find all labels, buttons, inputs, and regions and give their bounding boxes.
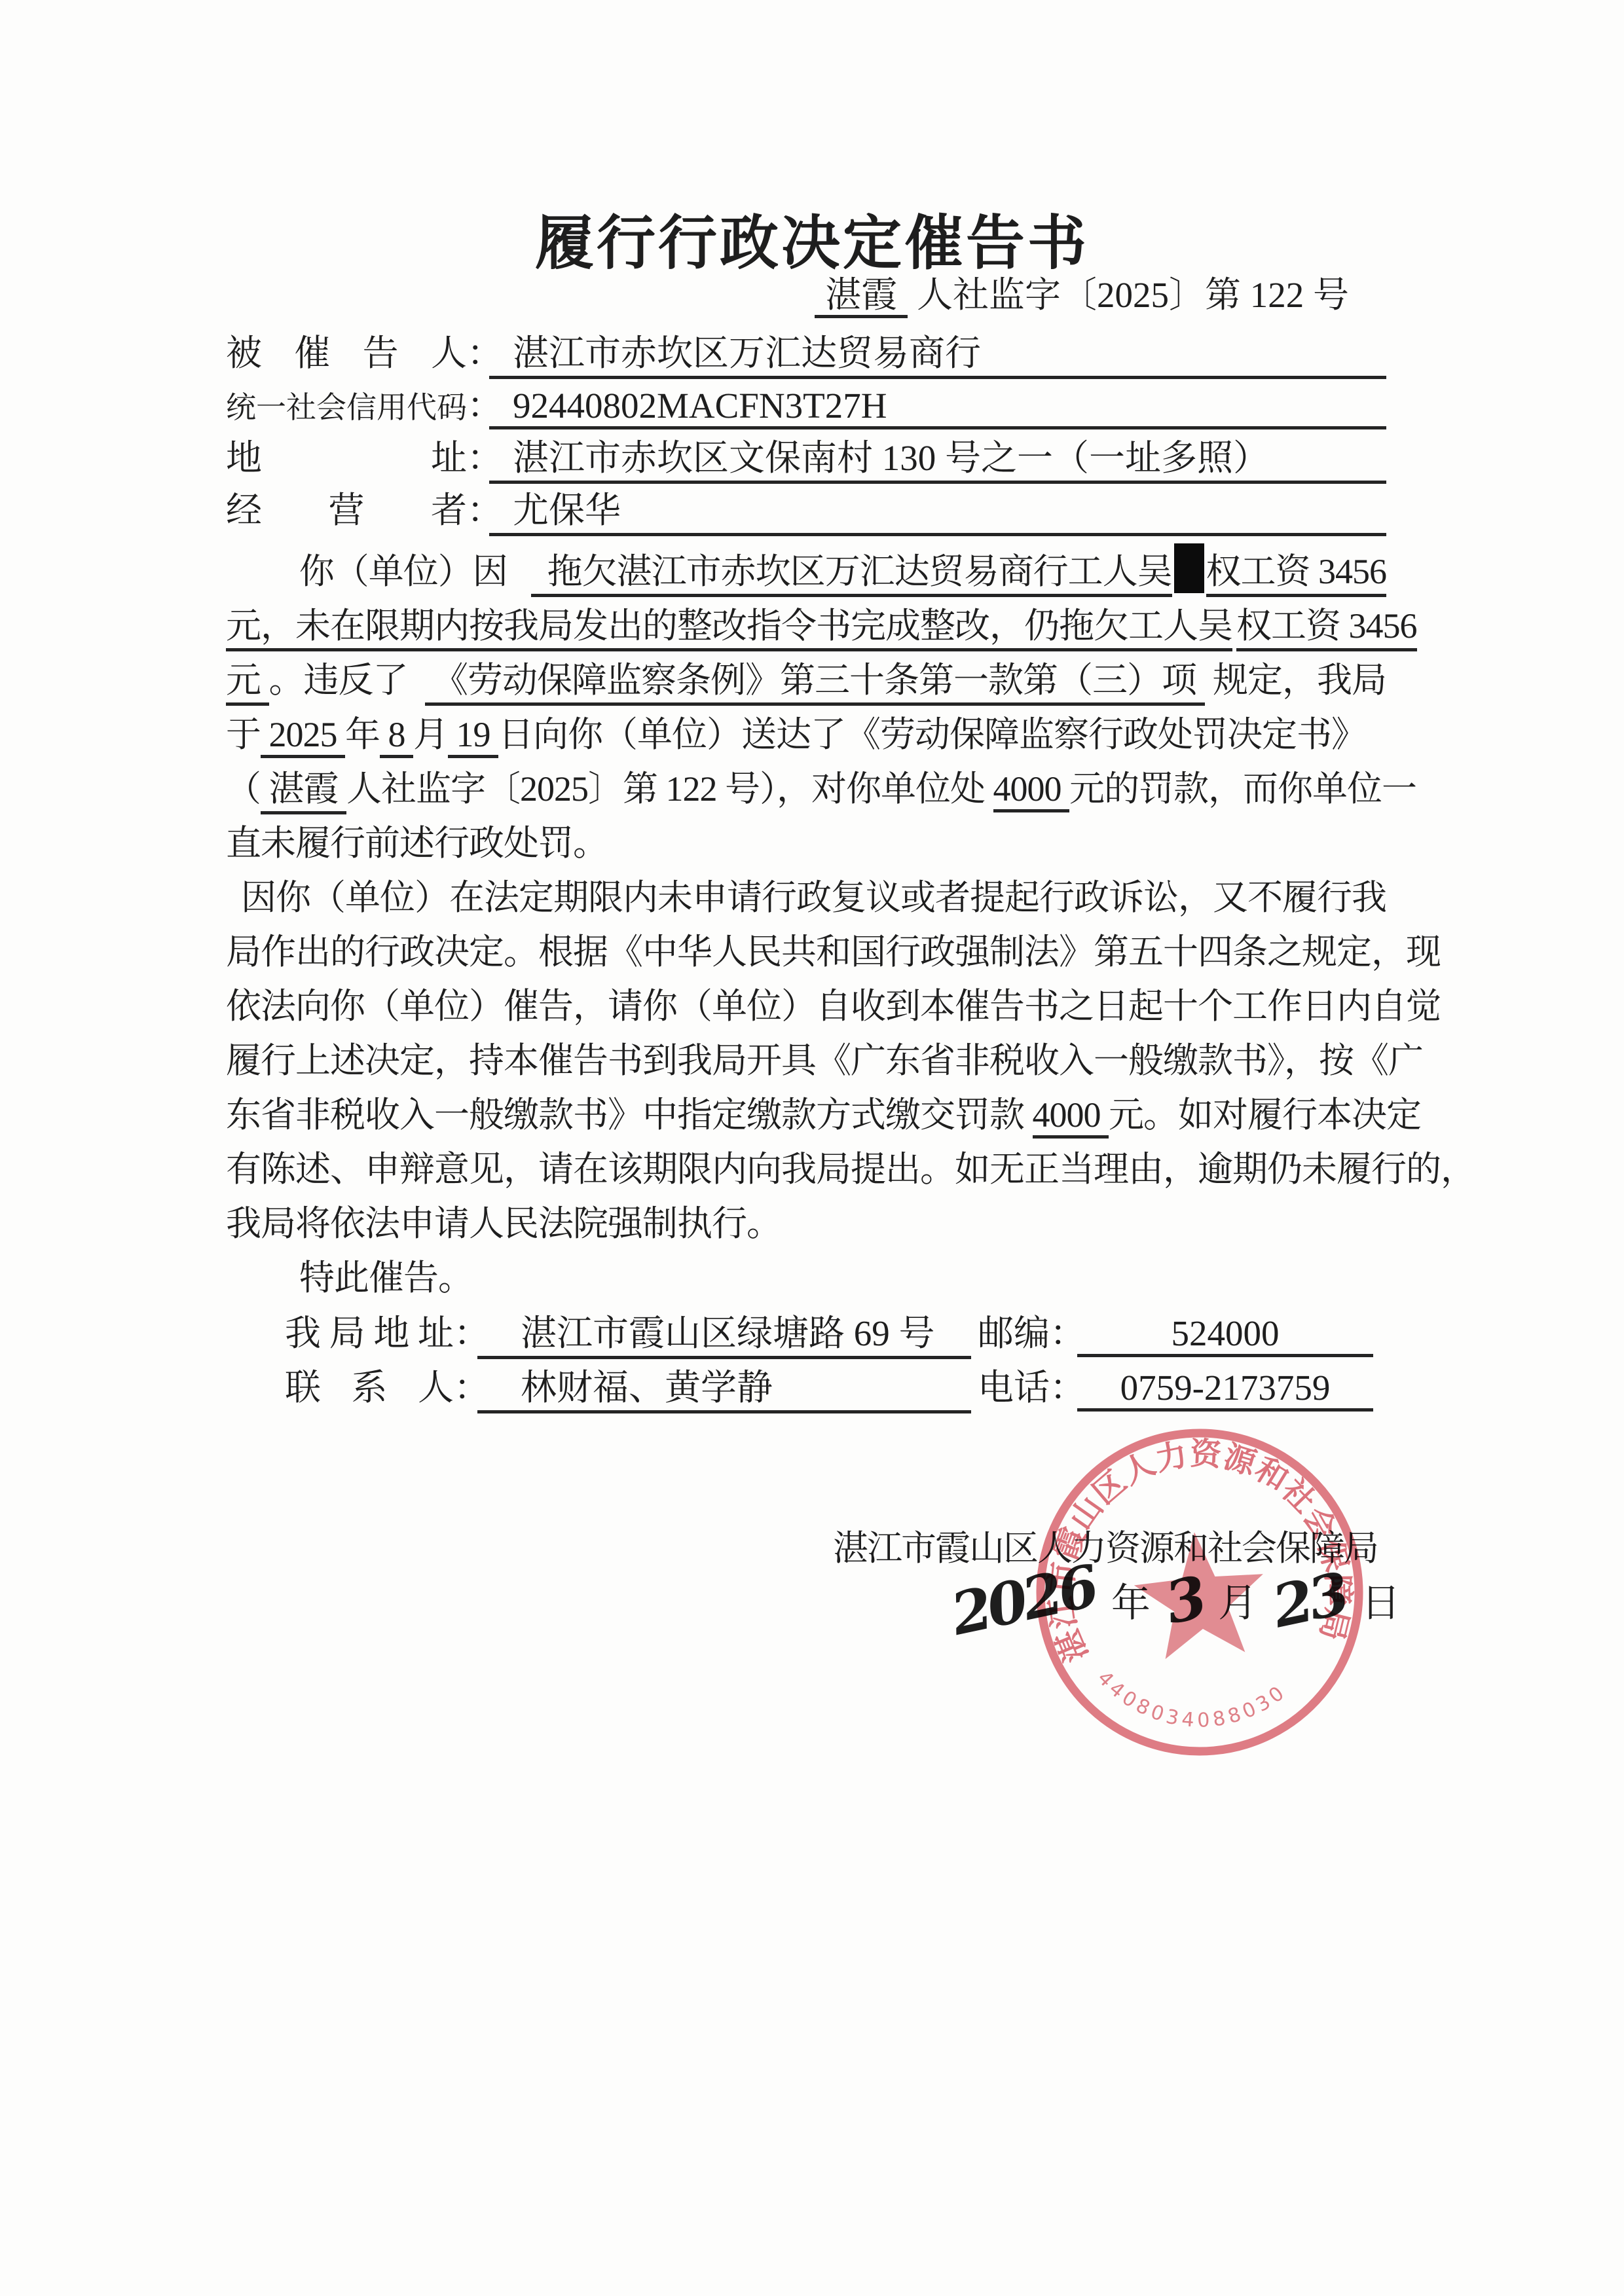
field-label: 地址 xyxy=(226,429,467,481)
text-segment: 湛霞 xyxy=(261,761,346,814)
text-segment: 2025 xyxy=(261,714,345,758)
contact-row: 联系人：林财福、黄学静电话：0759-2173759 xyxy=(226,1358,1386,1413)
text-segment: 规定，我局 xyxy=(1205,652,1387,702)
text-segment: （ xyxy=(226,761,261,811)
text-segment: 月 xyxy=(413,706,448,757)
page-title: 履行行政决定催告书 xyxy=(0,195,1624,280)
text-segment: 年 xyxy=(345,706,380,757)
body-line: 依法向你（单位）催告，请你（单位）自收到本催告书之日起十个工作日内自觉 xyxy=(226,978,1386,1032)
text-segment: 直未履行前述行政处罚。 xyxy=(226,815,608,866)
text-segment: 8 xyxy=(380,714,413,758)
field-value: 湛江市赤坎区文保南村 130 号之一（一址多照） xyxy=(489,429,1386,484)
field-colon: ： xyxy=(467,324,489,376)
body-line: 东省非税收入一般缴款书》中指定缴款方式缴交罚款 4000 元。如对履行本决定 xyxy=(226,1087,1386,1141)
text-segment: 因你（单位）在法定期限内未申请行政复议或者提起行政诉讼，又不履行我 xyxy=(241,869,1386,920)
contact-row: 我局地址：湛江市霞山区绿塘路 69 号邮编：524000 xyxy=(226,1304,1386,1358)
body-line: 特此催告。 xyxy=(226,1250,1386,1304)
field-label: 被催告人 xyxy=(226,324,467,376)
body-line: 我局将依法申请人民法院强制执行。 xyxy=(226,1195,1386,1250)
doc-number: 湛霞 人社监字〔2025〕第 122 号 xyxy=(815,266,1349,318)
text-segment: 人社监字〔2025〕第 122 号），对你单位处 xyxy=(346,761,993,811)
text-segment: 权工资 3456 xyxy=(1206,543,1387,597)
text-segment: 特此催告。 xyxy=(299,1250,473,1300)
body-line: 因你（单位）在法定期限内未申请行政复议或者提起行政诉讼，又不履行我 xyxy=(226,869,1386,924)
contact-value: 林财福、黄学静 xyxy=(477,1358,971,1413)
text-segment: 拖欠湛江市赤坎区万汇达贸易商行工人吴 xyxy=(531,543,1172,597)
text-segment: 权工资 3456 xyxy=(1236,598,1417,651)
field-label: 经营者 xyxy=(226,481,467,533)
text-segment: 元 xyxy=(226,652,269,706)
doc-number-prefix: 湛霞 xyxy=(815,275,908,318)
doc-number-rest: 人社监字〔2025〕第 122 号 xyxy=(908,275,1349,315)
body-line: 局作出的行政决定。根据《中华人民共和国行政强制法》第五十四条之规定，现 xyxy=(226,924,1386,978)
body-line: （ 湛霞 人社监字〔2025〕第 122 号），对你单位处 4000 元的罚款，… xyxy=(226,761,1386,815)
text-segment: 4000 xyxy=(1033,1095,1109,1139)
text-segment: 日向你（单位）送达了《劳动保障监察行政处罚决定书》 xyxy=(498,706,1366,757)
text-segment: 有陈述、申辩意见，请在该期限内向我局提出。如无正当理由，逾期仍未履行的， xyxy=(226,1141,1475,1192)
contact-label-2: 邮编： xyxy=(978,1304,1077,1356)
contact-value-2: 0759-2173759 xyxy=(1077,1367,1373,1412)
contact-label-2: 电话： xyxy=(978,1358,1077,1410)
header-fields: 被催告人：湛江市赤坎区万汇达贸易商行统一社会信用代码：92440802MACFN… xyxy=(226,324,1386,534)
document-body: 你（单位）因 拖欠湛江市赤坎区万汇达贸易商行工人吴权工资 3456元，未在限期内… xyxy=(226,543,1386,1304)
contact-colon: ： xyxy=(454,1304,477,1356)
text-segment: 元，未在限期内按我局发出的整改指令书完成整改，仍拖欠工人吴 xyxy=(226,598,1232,651)
contact-rows: 我局地址：湛江市霞山区绿塘路 69 号邮编：524000联系人：林财福、黄学静电… xyxy=(226,1304,1386,1413)
field-value: 尤保华 xyxy=(489,481,1386,536)
field-colon: ： xyxy=(467,376,489,428)
body-line: 元 。违反了 《劳动保障监察条例》第三十条第一款第（三）项 规定，我局 xyxy=(226,652,1386,706)
text-segment: 元。如对履行本决定 xyxy=(1109,1087,1421,1137)
text-segment: 依法向你（单位）催告，请你（单位）自收到本催告书之日起十个工作日内自觉 xyxy=(226,978,1441,1029)
field-row: 统一社会信用代码：92440802MACFN3T27H xyxy=(226,376,1386,429)
field-value: 92440802MACFN3T27H xyxy=(489,385,1386,429)
text-segment: 于 xyxy=(226,706,261,757)
text-segment: 东省非税收入一般缴款书》中指定缴款方式缴交罚款 xyxy=(226,1087,1033,1137)
text-segment: 。违反了 xyxy=(269,652,408,702)
contact-value: 湛江市霞山区绿塘路 69 号 xyxy=(477,1304,971,1359)
text-segment: 4000 xyxy=(993,769,1070,812)
body-line: 你（单位）因 拖欠湛江市赤坎区万汇达贸易商行工人吴权工资 3456 xyxy=(226,543,1386,598)
field-colon: ： xyxy=(467,429,489,481)
scanned-document-page: 履行行政决定催告书 湛霞 人社监字〔2025〕第 122 号 被催告人：湛江市赤… xyxy=(0,0,1624,2296)
field-row: 地址：湛江市赤坎区文保南村 130 号之一（一址多照） xyxy=(226,429,1386,481)
body-line: 于 2025 年 8 月 19 日向你（单位）送达了《劳动保障监察行政处罚决定书… xyxy=(226,706,1386,761)
field-colon: ： xyxy=(467,481,489,533)
seal-star xyxy=(1130,1527,1270,1662)
contact-label: 联系人 xyxy=(285,1358,454,1410)
body-line: 直未履行前述行政处罚。 xyxy=(226,815,1386,869)
field-value: 湛江市赤坎区万汇达贸易商行 xyxy=(489,324,1386,379)
official-seal: 湛江市霞山区人力资源和社会保障局 4408034088030 xyxy=(1015,1408,1384,1776)
redaction-box xyxy=(1174,543,1204,593)
contact-value-2: 524000 xyxy=(1077,1313,1373,1357)
body-line: 有陈述、申辩意见，请在该期限内向我局提出。如无正当理由，逾期仍未履行的， xyxy=(226,1141,1386,1195)
field-label: 统一社会信用代码 xyxy=(226,384,467,427)
field-row: 经营者：尤保华 xyxy=(226,481,1386,534)
text-segment: 我局将依法申请人民法院强制执行。 xyxy=(226,1195,781,1246)
text-segment: 《劳动保障监察条例》第三十条第一款第（三）项 xyxy=(425,652,1205,706)
contact-colon: ： xyxy=(454,1358,477,1410)
text-segment: 元的罚款，而你单位一 xyxy=(1069,761,1416,811)
text-segment: 你（单位）因 xyxy=(299,543,507,594)
body-line: 履行上述决定，持本催告书到我局开具《广东省非税收入一般缴款书》，按《广 xyxy=(226,1032,1386,1087)
text-segment: 局作出的行政决定。根据《中华人民共和国行政强制法》第五十四条之规定，现 xyxy=(226,924,1441,974)
contact-label: 我局地址 xyxy=(285,1304,454,1356)
text-segment: 19 xyxy=(448,714,498,758)
body-line: 元，未在限期内按我局发出的整改指令书完成整改，仍拖欠工人吴权工资 3456 xyxy=(226,598,1386,652)
text-segment: 履行上述决定，持本催告书到我局开具《广东省非税收入一般缴款书》，按《广 xyxy=(226,1032,1423,1083)
field-row: 被催告人：湛江市赤坎区万汇达贸易商行 xyxy=(226,324,1386,376)
